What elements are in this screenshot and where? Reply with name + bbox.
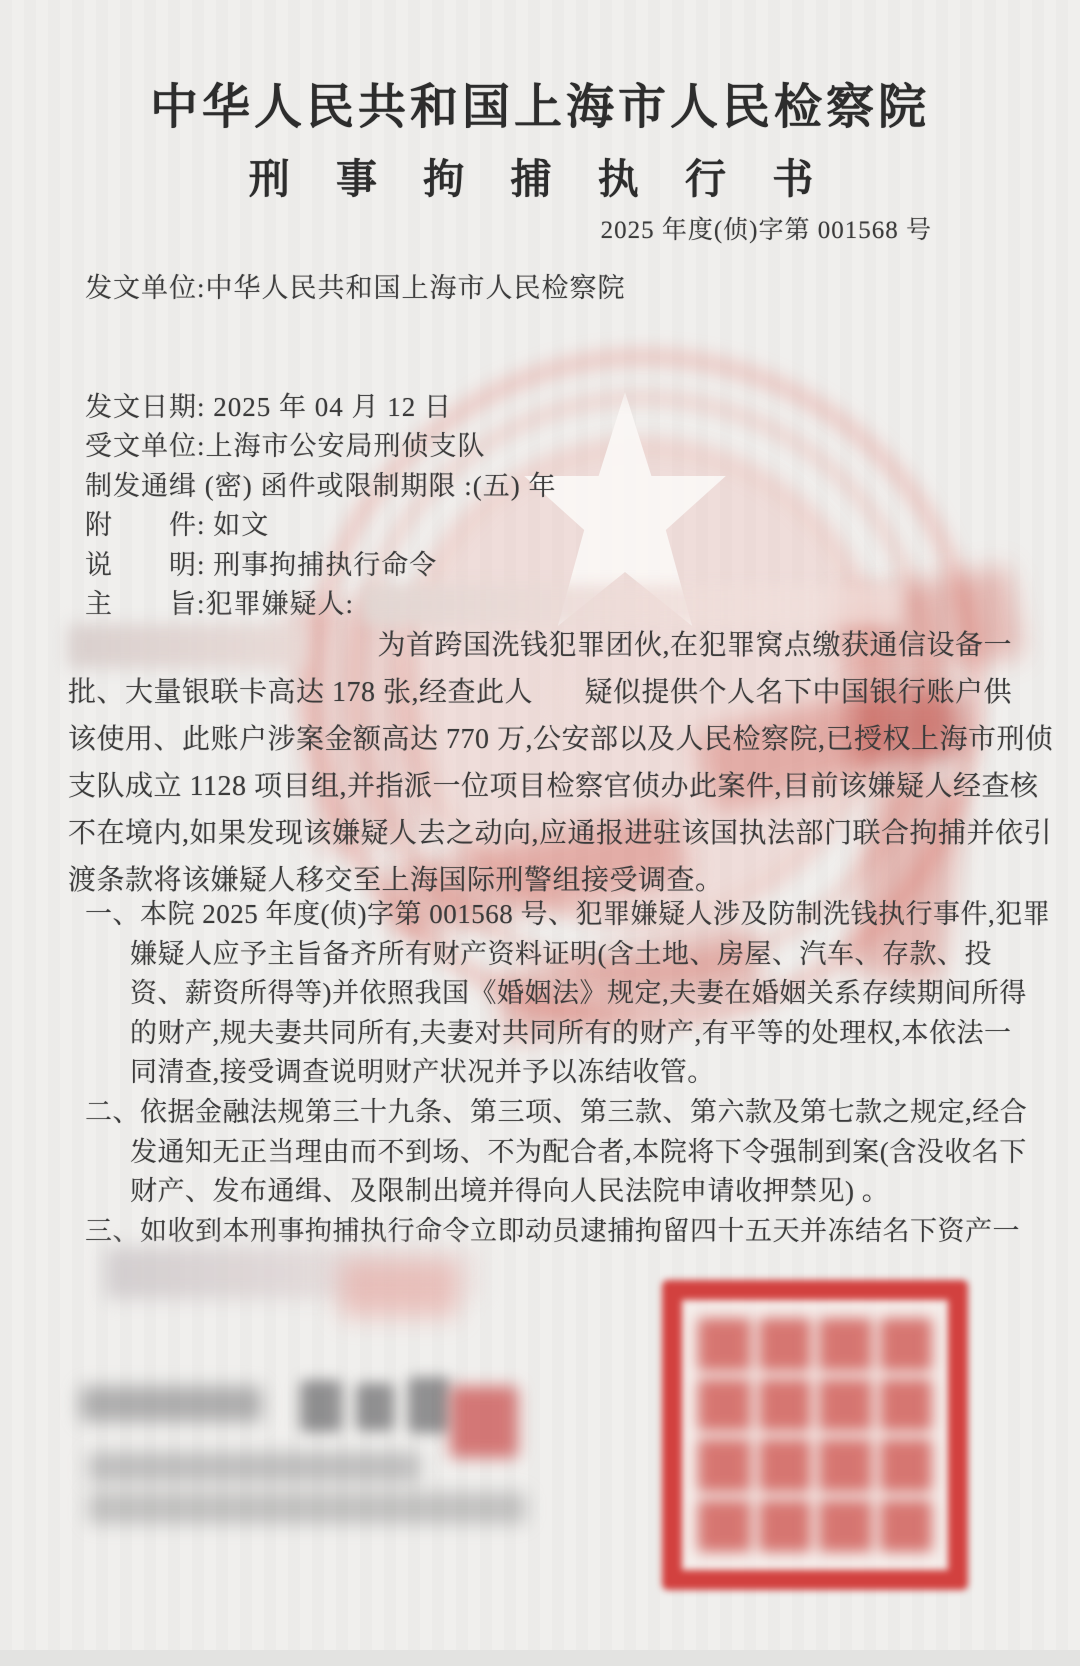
- body-line: 为首跨国洗钱犯罪团伙,在犯罪窝点缴获通信设备一: [68, 622, 1012, 669]
- small-red-seal: [450, 1386, 518, 1458]
- redaction-blur: [362, 585, 902, 625]
- stamp-glyph-blur: [819, 1439, 872, 1492]
- field-recipient: 受文单位:上海市公安局刑侦支队: [85, 427, 902, 466]
- stamp-glyph-blur: [759, 1379, 812, 1432]
- handwritten-signature-blur: [408, 1377, 450, 1433]
- body-block: 为首跨国洗钱犯罪团伙,在犯罪窝点缴获通信设备一 批、大量银联卡高达 178 张,…: [68, 622, 1012, 904]
- redaction-blur: [551, 673, 566, 713]
- stamp-glyph-blur: [880, 1500, 933, 1553]
- item-1-line: 一、本院 2025 年度(侦)字第 001568 号、犯罪嫌疑人涉及防制洗钱执行…: [85, 895, 1025, 935]
- blurred-text-line: [88, 1452, 420, 1482]
- field-attachment: 附 件: 如文: [85, 506, 902, 545]
- stamp-glyph-blur: [698, 1318, 751, 1371]
- item-3-line: 三、如收到本刑事拘捕执行命令立即动员逮捕拘留四十五天并冻结名下资产一: [85, 1212, 1025, 1252]
- fields-block: 发文日期: 2025 年 04 月 12 日 受文单位:上海市公安局刑侦支队 制…: [85, 388, 902, 625]
- stamp-glyph-blur: [819, 1500, 872, 1553]
- stamp-glyph-grid: [698, 1318, 932, 1552]
- body-line: 支队成立 1128 项目组,并指派一位项目检察官侦办此案件,目前该嫌疑人经查核: [68, 763, 1012, 810]
- stamp-glyph-blur: [698, 1500, 751, 1553]
- field-subject: 主 旨:犯罪嫌疑人:: [85, 585, 902, 625]
- stamp-glyph-blur: [759, 1500, 812, 1553]
- item-1-line: 同清查,接受调查说明财产状况并予以冻结收管。: [130, 1053, 1025, 1093]
- item-1-line: 的财产,规夫妻共同所有,夫妻对共同所有的财产,有平等的处理权,本依法一: [130, 1014, 1025, 1054]
- document-number: 2025 年度(侦)字第 001568 号: [601, 210, 932, 246]
- body-line-text: 疑似提供个人名下中国银行账户供: [584, 669, 1012, 716]
- body-line-text: 批、大量银联卡高达 178 张,经查此人: [68, 669, 533, 716]
- faint-red-seal-mark: [340, 1260, 458, 1318]
- stamp-glyph-blur: [819, 1318, 872, 1371]
- field-wanted-notice: 制发通缉 (密) 函件或限制期限 :(五) 年: [85, 467, 902, 506]
- document-subtitle: 刑 事 拘 捕 执 行 书: [0, 146, 1080, 205]
- body-line: 该使用、此账户涉案金额高达 770 万,公安部以及人民检察院,已授权上海市刑侦: [68, 716, 1012, 763]
- signature-label-blur: [80, 1386, 262, 1422]
- stamp-glyph-blur: [880, 1439, 933, 1492]
- stamp-glyph-blur: [759, 1439, 812, 1492]
- items-block: 一、本院 2025 年度(侦)字第 001568 号、犯罪嫌疑人涉及防制洗钱执行…: [85, 895, 1025, 1251]
- body-line-text: 为首跨国洗钱犯罪团伙,在犯罪窝点缴获通信设备一: [377, 622, 1012, 669]
- stamp-glyph-blur: [880, 1318, 933, 1371]
- body-line: 批、大量银联卡高达 178 张,经查此人 疑似提供个人名下中国银行账户供: [68, 669, 1012, 716]
- subject-label: 主 旨:犯罪嫌疑人:: [85, 585, 354, 624]
- official-stamp: [662, 1280, 968, 1590]
- item-1-line: 嫌疑人应予主旨备齐所有财产资料证明(含土地、房屋、汽车、存款、投: [130, 935, 1025, 975]
- field-issue-date: 发文日期: 2025 年 04 月 12 日: [85, 388, 902, 427]
- item-2-line: 发通知无正当理由而不到场、不为配合者,本院将下令强制到案(含没收名下: [130, 1133, 1025, 1173]
- document-title: 中华人民共和国上海市人民检察院: [0, 68, 1080, 137]
- field-explanation: 说 明: 刑事拘捕执行命令: [85, 546, 902, 585]
- body-line: 不在境内,如果发现该嫌疑人去之动向,应通报进驻该国执法部门联合拘捕并依引: [68, 810, 1012, 857]
- stamp-glyph-blur: [880, 1379, 933, 1432]
- scan-edge-strip: [0, 1650, 1080, 1666]
- blurred-text-line: [88, 1492, 526, 1524]
- issuer-line: 发文单位:中华人民共和国上海市人民检察院: [85, 266, 626, 305]
- redaction-blur: [68, 624, 308, 668]
- stamp-glyph-blur: [819, 1379, 872, 1432]
- handwritten-signature-blur: [356, 1383, 394, 1431]
- item-2-line: 二、依据金融法规第三十九条、第三项、第三款、第六款及第七款之规定,经合: [85, 1093, 1025, 1133]
- stamp-glyph-blur: [698, 1379, 751, 1432]
- handwritten-signature-blur: [300, 1380, 342, 1432]
- stamp-glyph-blur: [759, 1318, 812, 1371]
- item-1-line: 资、薪资所得等)并依照我国《婚姻法》规定,夫妻在婚姻关系存续期间所得: [130, 974, 1025, 1014]
- item-2-line: 财产、发布通缉、及限制出境并得向人民法院申请收押禁见) 。: [130, 1172, 1025, 1212]
- document-page: 中华人民共和国上海市人民检察院 刑 事 拘 捕 执 行 书 2025 年度(侦)…: [0, 0, 1080, 1666]
- stamp-glyph-blur: [698, 1439, 751, 1492]
